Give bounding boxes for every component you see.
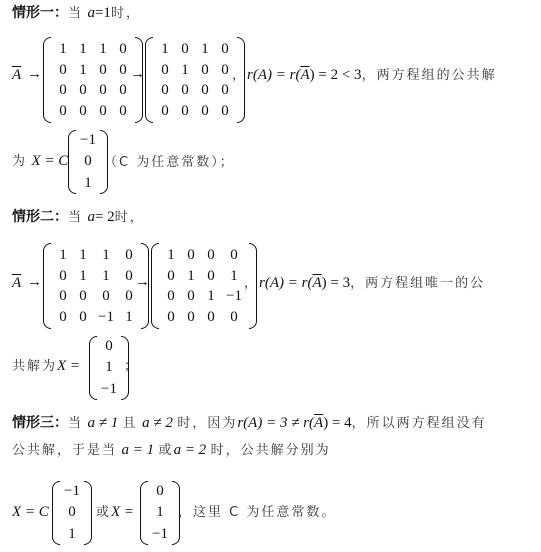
case3-line-1: 情形三：当 a ≠ 1 且 a ≠ 2 时，因为r(A) = 3 ≠ r(A) …	[12, 414, 487, 433]
case3-solution-2-vector: 01−1	[140, 481, 180, 545]
case1-matrix-2: 1010 0100 0000 0000	[145, 37, 245, 123]
case1-heading: 情形一：	[12, 5, 68, 21]
case1-solution-note: （C 为任意常数）；	[104, 154, 235, 172]
case2-heading: 情形二：	[12, 209, 68, 225]
case3-solution-1-vector: −101	[52, 481, 92, 545]
case2-arrow-2: →	[135, 274, 150, 291]
case3-solution-2-prefix: 或X =	[96, 503, 134, 522]
case3-solution-1-prefix: X = C	[12, 503, 49, 521]
case2-solution-prefix: 共解为X =	[12, 357, 80, 376]
case3-solution-note: ，这里 C 为任意常数。	[178, 504, 336, 522]
case1-solution-vector: −101	[68, 130, 108, 194]
case2-augmented-matrix-label: A	[12, 275, 21, 292]
case2-solution-end: ；	[124, 358, 139, 376]
case2-solution-vector: 01−1	[89, 336, 129, 400]
case1-solution-prefix: 为 X = C	[12, 152, 68, 171]
case1-condition: 情形一：当 a=1时，	[12, 4, 141, 23]
case2-arrow-1: →	[27, 274, 42, 291]
case1-rank-statement: ，r(A) = r(A) = 2 < 3，两方程组的公共解	[232, 66, 497, 85]
case2-rank-statement: ，r(A) = r(A) = 3，两方程组唯一的公	[244, 274, 485, 293]
case3-line-2: 公共解，于是当 a = 1 或a = 2 时，公共解分别为	[12, 441, 331, 460]
case1-arrow-1: →	[27, 66, 42, 83]
case1-arrow-2: →	[130, 66, 145, 83]
case2-matrix-1: 1110 0110 0000 00−11	[43, 243, 149, 329]
case3-heading: 情形三：	[12, 415, 68, 431]
case1-matrix-1: 1110 0100 0000 0000	[43, 37, 143, 123]
case2-condition: 情形二：当 a= 2时，	[12, 208, 145, 227]
case2-matrix-2: 1000 0101 001−1 0000	[151, 243, 257, 329]
case1-augmented-matrix-label: A	[12, 67, 21, 84]
